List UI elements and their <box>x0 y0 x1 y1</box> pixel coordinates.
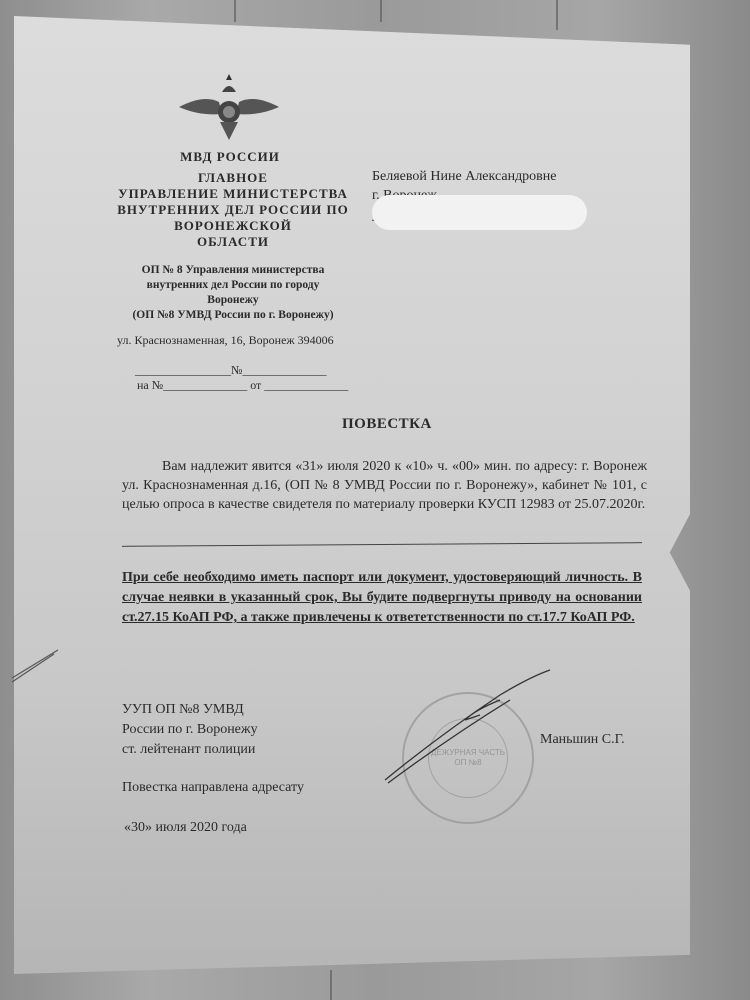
document-title: ПОВЕСТКА <box>342 416 432 433</box>
unit-name: ОП № 8 Управления министерства внутренни… <box>108 263 358 323</box>
reference-number-line: ________________№______________ <box>135 363 326 378</box>
unit-address: ул. Краснознаменная, 16, Воронеж 394006 <box>117 333 334 348</box>
double-headed-eagle-emblem-icon <box>174 72 284 142</box>
summons-body: Вам надлежит явится «31» июля 2020 к «10… <box>122 457 647 514</box>
signer-name: Маньшин С.Г. <box>540 730 625 750</box>
reference-reply-line: на №______________ от ______________ <box>137 378 348 393</box>
sent-note: Повестка направлена адресату <box>122 778 304 798</box>
pen-mark-icon <box>10 648 60 683</box>
redacted-address <box>372 195 587 230</box>
department-name: ГЛАВНОЕ УПРАВЛЕНИЕ МИНИСТЕРСТВА ВНУТРЕНН… <box>108 170 358 250</box>
officer-position: УУП ОП №8 УМВД России по г. Воронежу ст.… <box>122 700 258 760</box>
warning-text: При себе необходимо иметь паспорт или до… <box>122 568 642 628</box>
signature-icon <box>380 665 560 785</box>
sent-date: «30» июля 2020 года <box>124 818 247 838</box>
ministry-name: МВД РОССИИ <box>130 149 330 165</box>
recipient-name: Беляевой Нине Александровне <box>372 167 557 186</box>
